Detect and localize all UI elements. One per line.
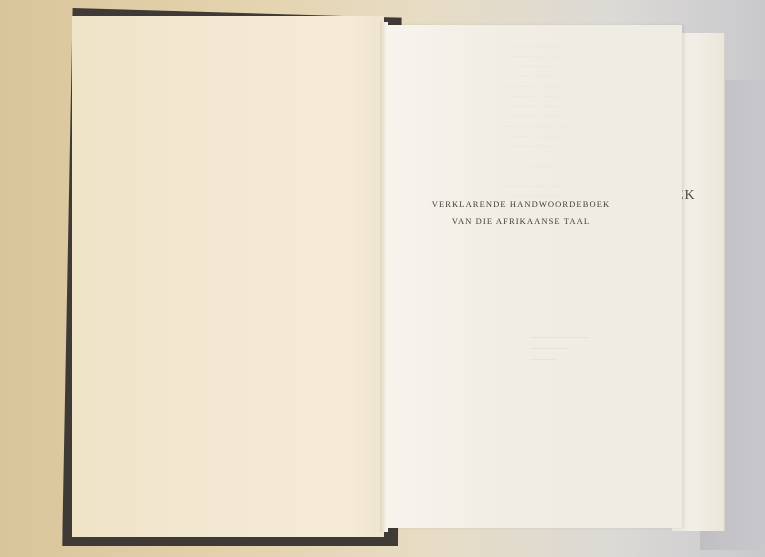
- show-through-text: ········ ········· ···· ·· ········ ····…: [460, 42, 610, 212]
- title-line-2: VAN DIE AFRIKAANSE TAAL: [430, 213, 612, 230]
- show-through-lower: ────────────── ───────── ──────: [530, 333, 670, 366]
- title-line-1: VERKLARENDE HANDWOORDEBOEK: [430, 196, 612, 213]
- left-endpaper: [72, 16, 384, 537]
- book-gutter: [380, 22, 388, 532]
- book-title: VERKLARENDE HANDWOORDEBOEK VAN DIE AFRIK…: [430, 196, 612, 230]
